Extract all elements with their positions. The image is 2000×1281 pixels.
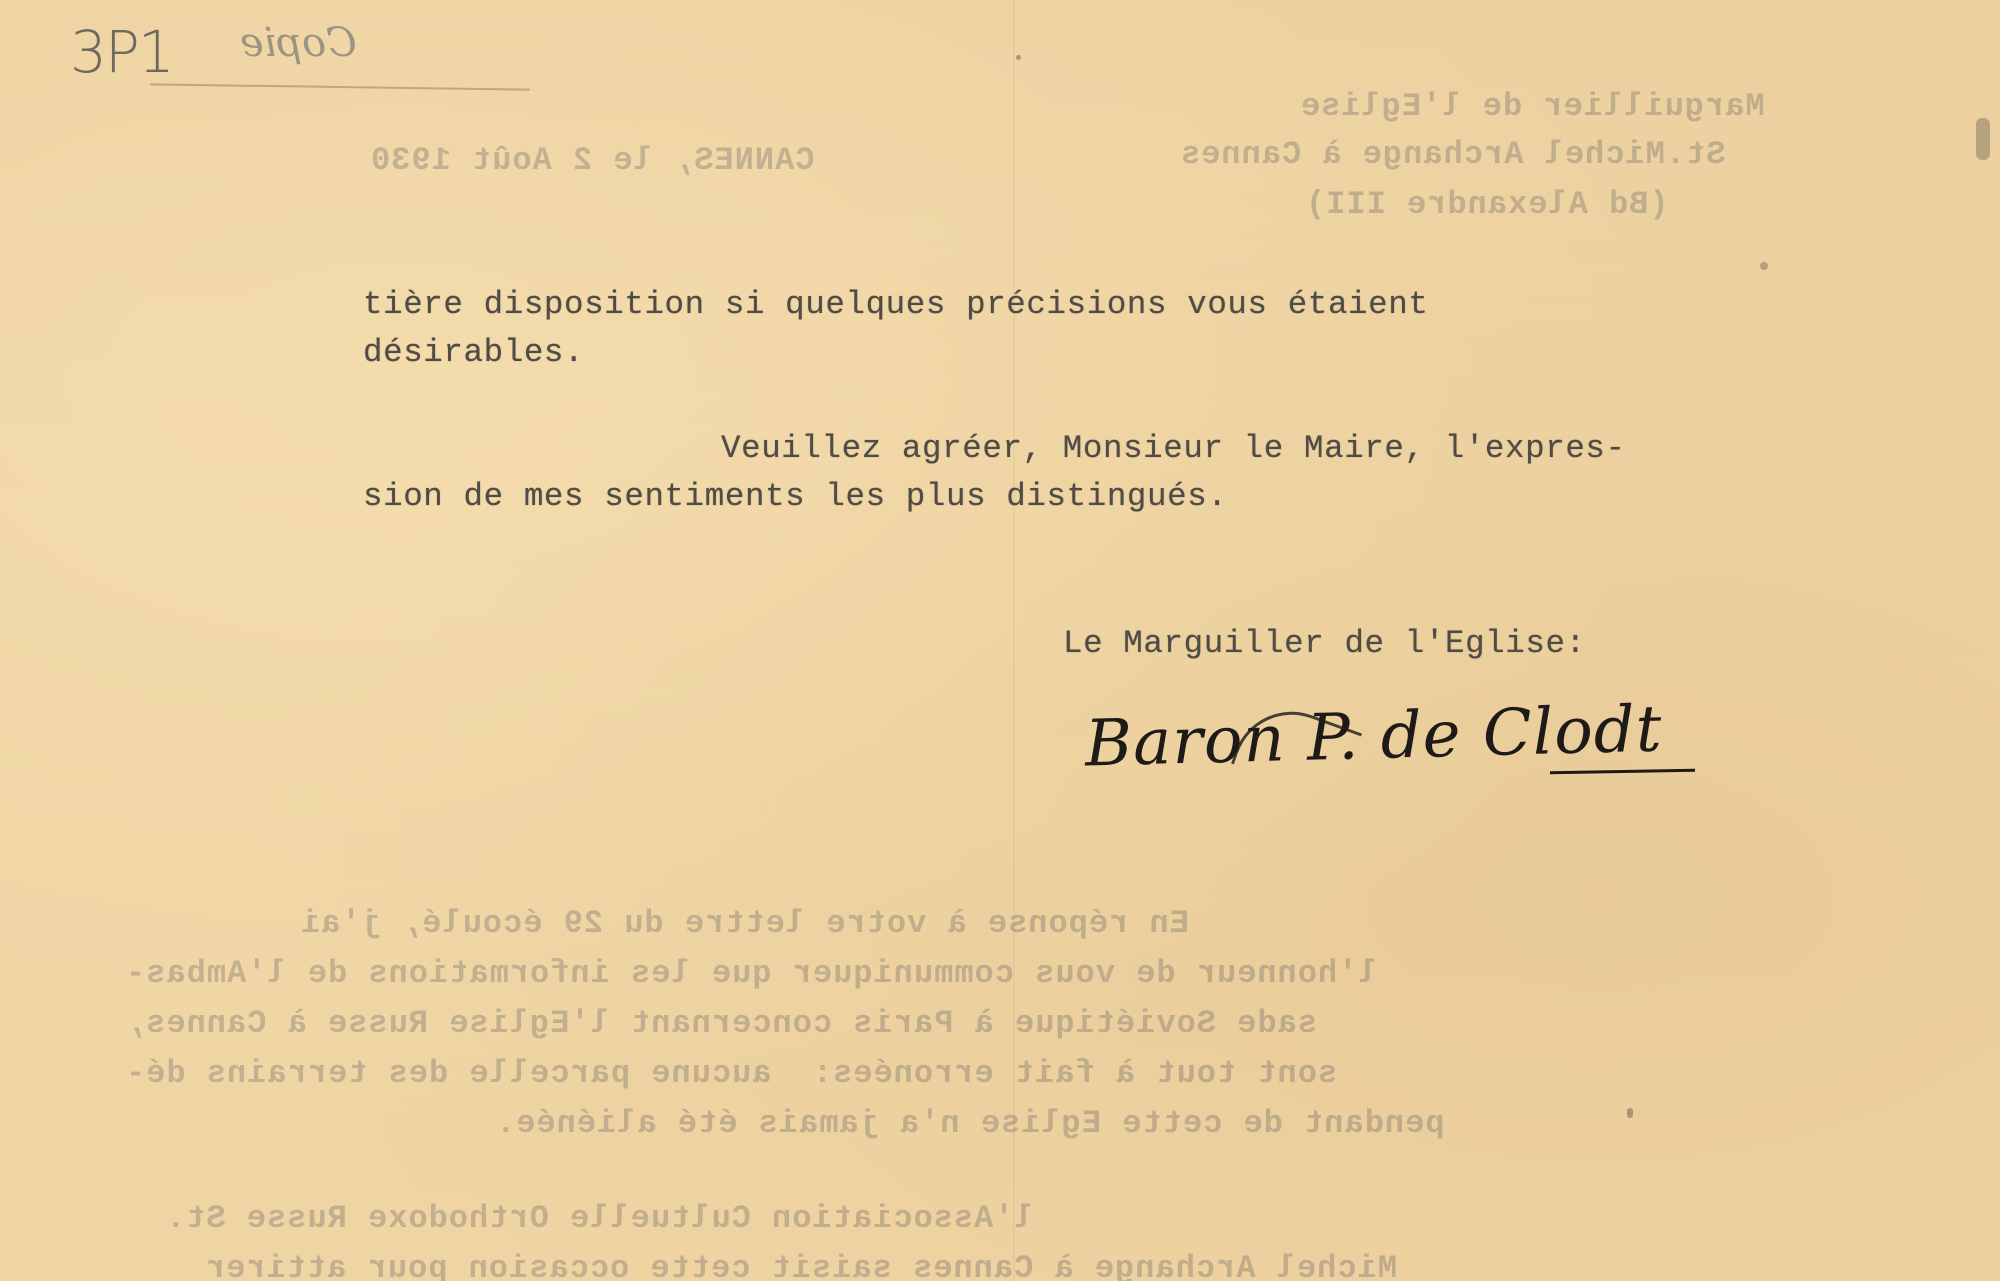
letter-closing-title: Le Marguiller de l'Eglise:	[1063, 625, 1586, 662]
bleed-through-body-line: pendant de cette Eglise n'a jamais été a…	[495, 1105, 1445, 1142]
letter-body-line-2: désirables.	[363, 334, 584, 371]
letter-body-line-3: Veuillez agréer, Monsieur le Maire, l'ex…	[721, 430, 1626, 467]
bleed-through-body-line: l'Association Cultuelle Orthodoxe Russe …	[165, 1200, 1034, 1237]
bleed-through-date-line: CANNES, le 2 Août 1930	[370, 142, 814, 179]
pencil-underline	[150, 83, 530, 90]
pencil-note-copie: Copie	[240, 20, 357, 66]
bleed-through-letterhead-line-3: (Bd Alexandre III)	[1305, 186, 1669, 223]
paper-speck	[1760, 262, 1768, 270]
bleed-through-body-line: En réponse à votre lettre du 29 écoulé, …	[300, 905, 1189, 942]
bleed-through-body-line: l'honneur de vous communiquer que les in…	[125, 955, 1378, 992]
paper-speck	[1627, 1108, 1633, 1118]
handwritten-signature: Baron P. de Clodt	[1084, 692, 1663, 781]
bleed-through-body-line: sade Soviétique à Paris concernant l'Egl…	[125, 1005, 1317, 1042]
bleed-through-letterhead-line-2: St.Michel Archange à Cannes	[1180, 136, 1725, 173]
signature-underline-stroke	[1550, 769, 1695, 775]
letter-body-line-1: tière disposition si quelques précisions…	[363, 286, 1428, 323]
paper-speck	[1016, 55, 1021, 60]
scanned-letter-page: 3P1 Copie Marguillier de l'Eglise St.Mic…	[0, 0, 2000, 1281]
paper-stain	[1976, 118, 1990, 160]
bleed-through-letterhead-line-1: Marguillier de l'Eglise	[1300, 88, 1765, 125]
bleed-through-body-line: sont tout à fait erronées: aucune parcel…	[125, 1055, 1337, 1092]
bleed-through-body-line: Michel Archange à Cannes saisit cette oc…	[205, 1250, 1397, 1281]
pencil-archive-number: 3P1	[70, 18, 173, 86]
letter-body-line-4: sion de mes sentiments les plus distingu…	[363, 478, 1227, 515]
